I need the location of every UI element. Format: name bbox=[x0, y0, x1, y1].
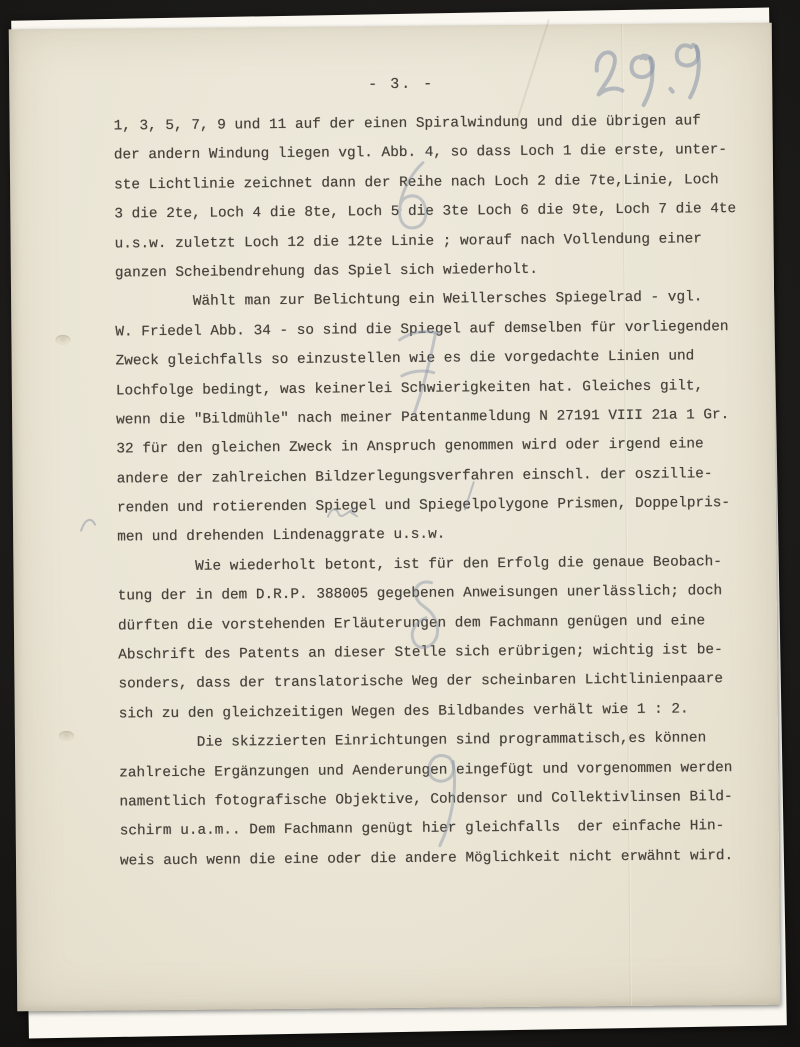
handwritten-digit-9 bbox=[415, 749, 470, 849]
pencil-insertion-mark bbox=[325, 502, 359, 522]
scan-background: { "document": { "page_number": "- 3. -",… bbox=[0, 0, 800, 1047]
handwritten-digit-8 bbox=[398, 575, 455, 661]
text-line: renden und rotierenden Spiegel und Spieg… bbox=[117, 489, 757, 524]
pencil-correction-mark bbox=[77, 511, 99, 537]
punch-hole bbox=[55, 335, 70, 345]
pencil-slash-mark bbox=[461, 479, 477, 513]
handwritten-digit-6 bbox=[387, 158, 442, 234]
handwritten-date-mark bbox=[582, 28, 736, 117]
handwritten-digit-7 bbox=[391, 324, 450, 421]
punch-hole bbox=[59, 731, 74, 741]
document-page: - 3. - 1, 3, 5, 7, 9 und 11 auf der eine… bbox=[9, 23, 781, 1012]
